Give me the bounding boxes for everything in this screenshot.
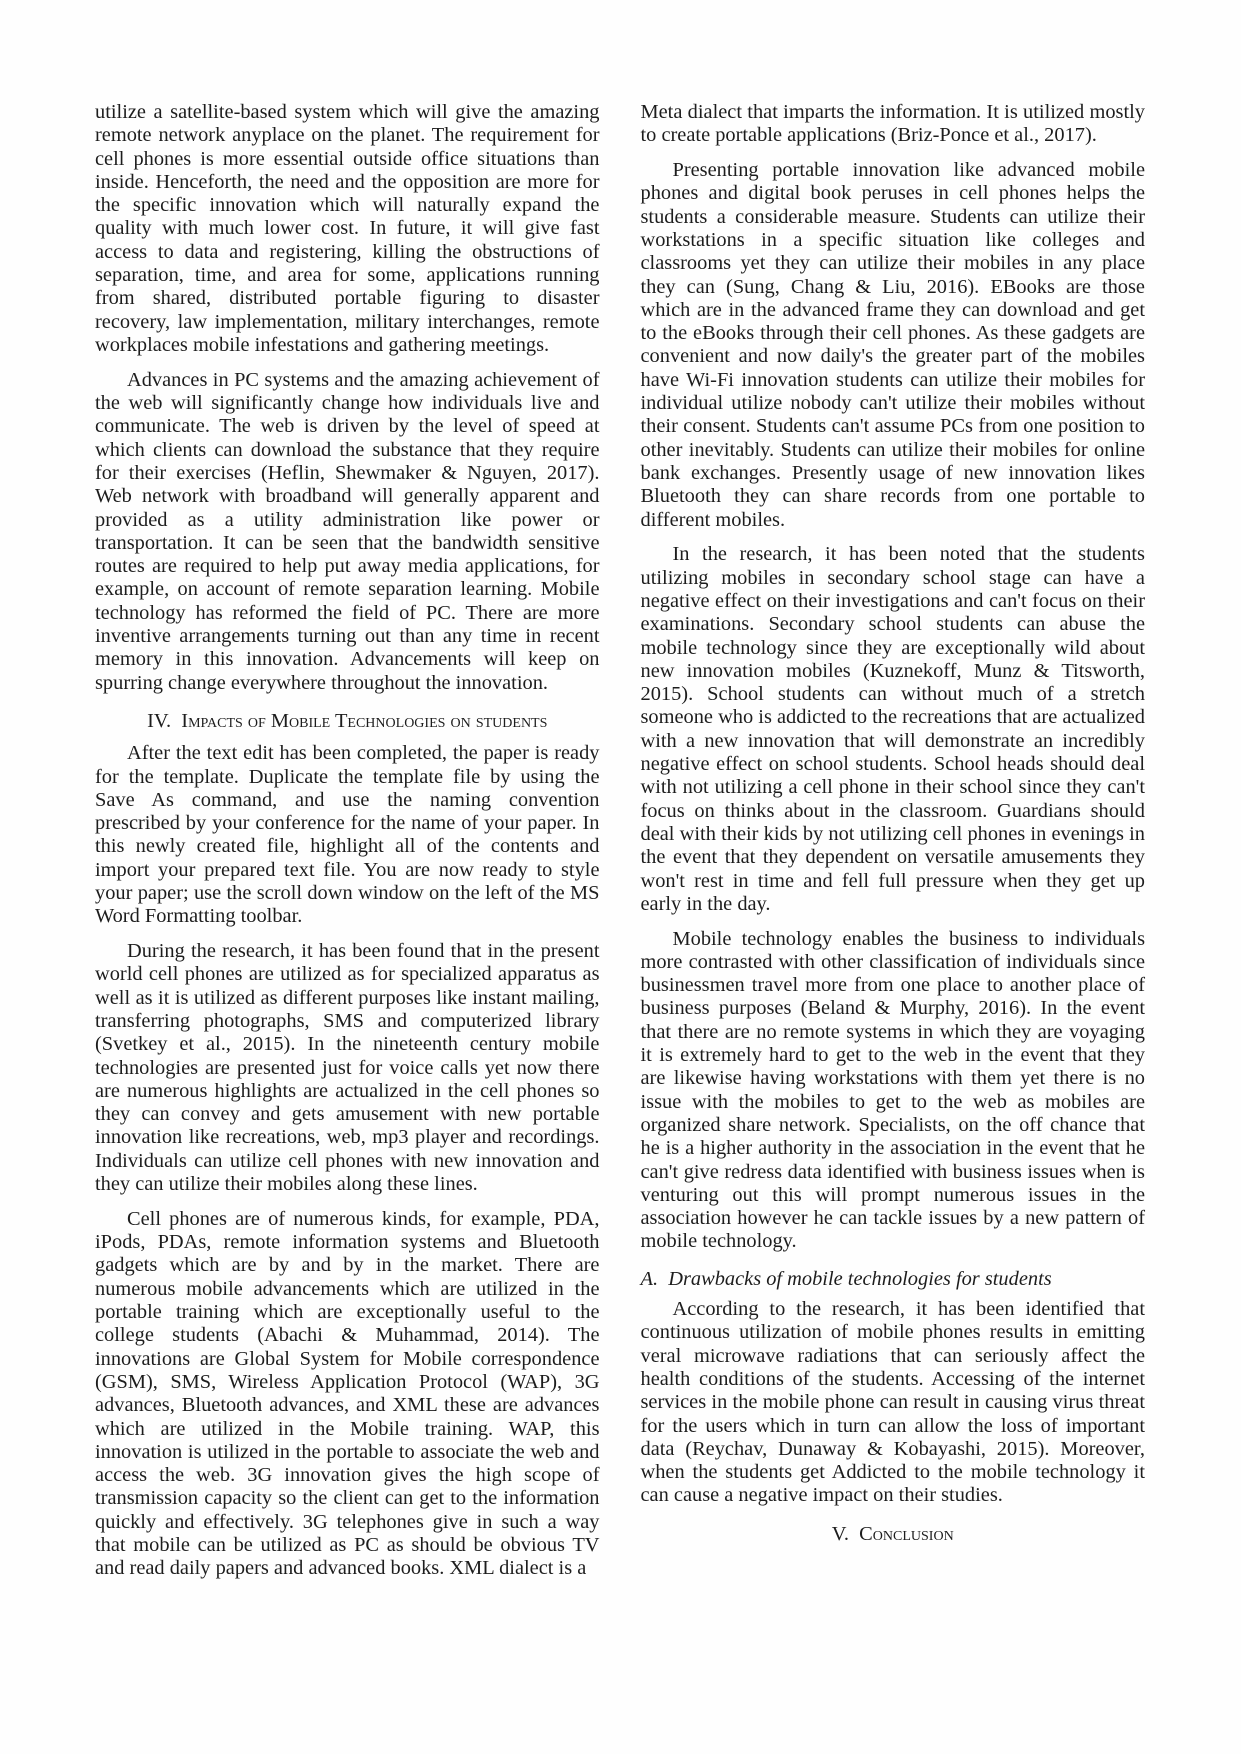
section-v-conclusion-heading: V. Conclusion: [641, 1523, 1146, 1546]
right-paragraph-presenting-innovation: Presenting portable innovation like adva…: [641, 159, 1146, 532]
left-paragraph-cell-phone-kinds: Cell phones are of numerous kinds, for e…: [95, 1208, 600, 1581]
left-paragraph-during-research: During the research, it has been found t…: [95, 940, 600, 1196]
two-column-layout: utilize a satellite-based system which w…: [95, 101, 1145, 1592]
right-paragraph-continuation: Meta dialect that imparts the informatio…: [641, 101, 1146, 148]
subsection-a-heading: A. Drawbacks of mobile technologies for …: [641, 1268, 1146, 1291]
left-paragraph-advances-in-pc: Advances in PC systems and the amazing a…: [95, 369, 600, 695]
left-paragraph-continuation: utilize a satellite-based system which w…: [95, 101, 600, 357]
left-column: utilize a satellite-based system which w…: [95, 101, 600, 1592]
left-paragraph-text-edit: After the text edit has been completed, …: [95, 742, 600, 928]
right-paragraph-business: Mobile technology enables the business t…: [641, 928, 1146, 1254]
right-paragraph-drawbacks: According to the research, it has been i…: [641, 1298, 1146, 1508]
right-column: Meta dialect that imparts the informatio…: [641, 101, 1146, 1592]
paper-page: utilize a satellite-based system which w…: [0, 0, 1241, 1754]
right-paragraph-secondary-school: In the research, it has been noted that …: [641, 543, 1146, 916]
section-iv-heading: IV. Impacts of Mobile Technologies on st…: [95, 710, 600, 733]
